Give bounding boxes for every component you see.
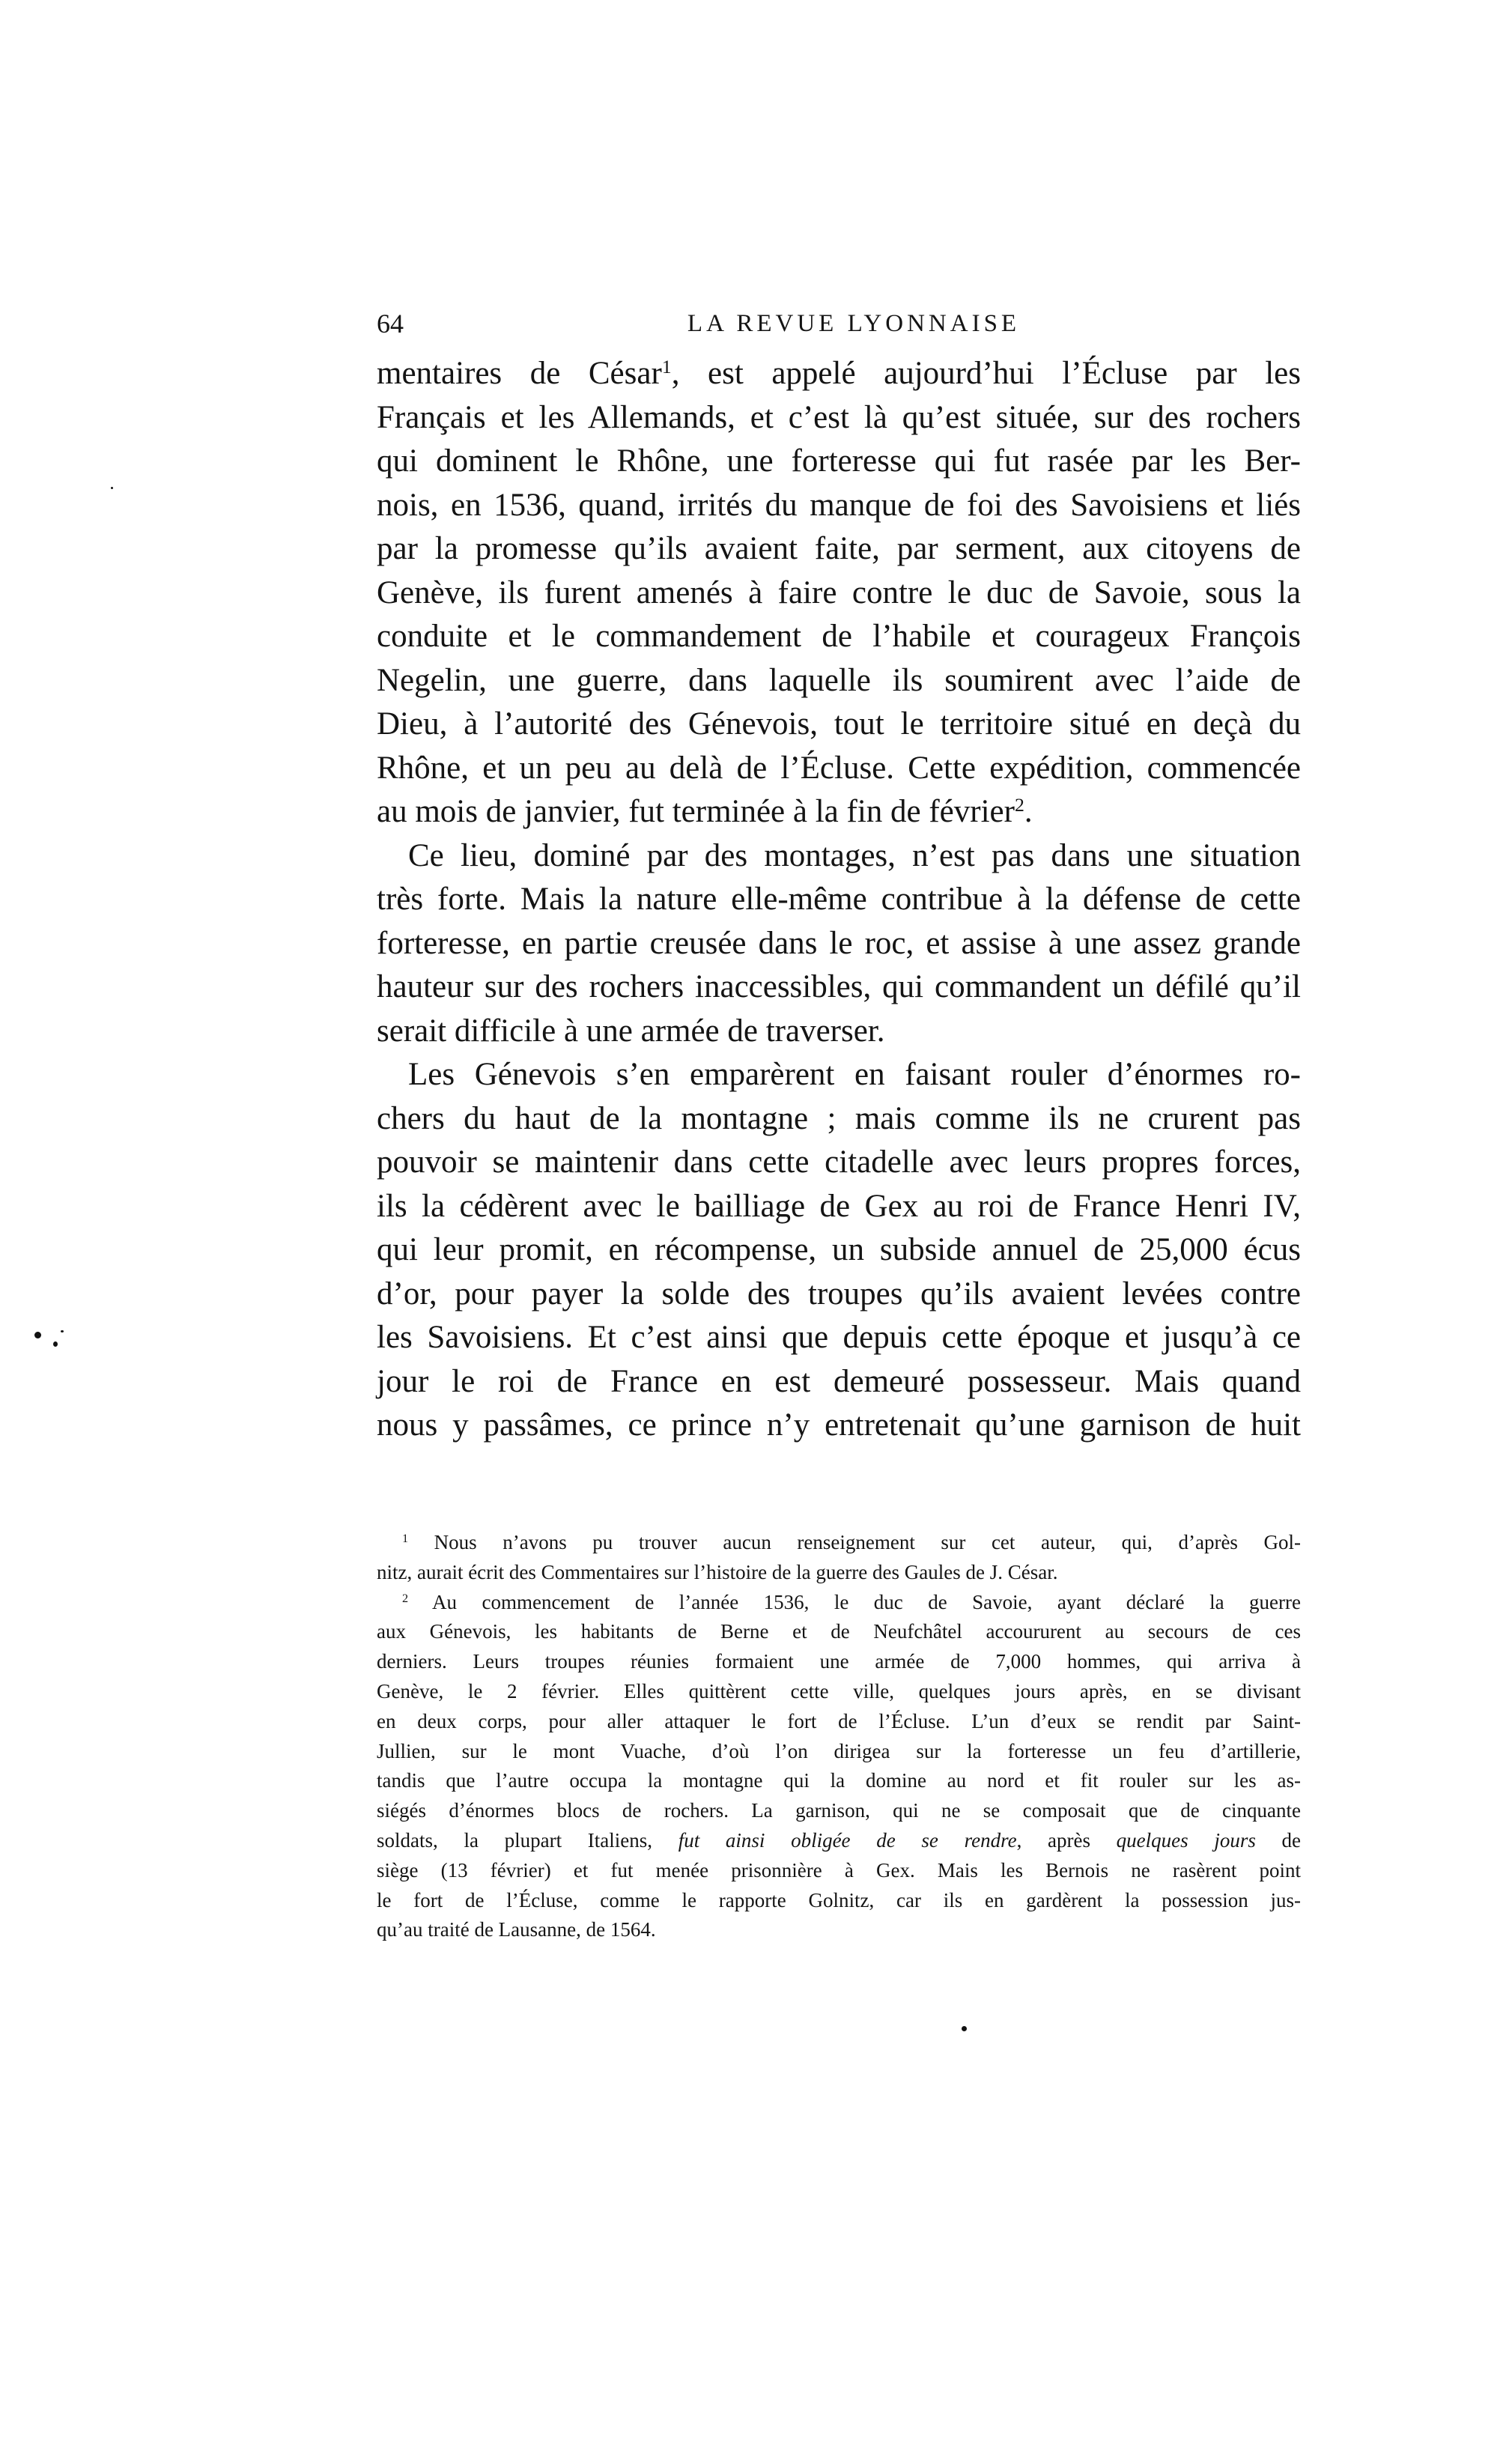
footnote-marker: 2 [402,1592,408,1605]
body-line: les Savoisiens. Et c’est ainsi que depui… [377,1316,1301,1360]
footnote-line: siège (13 février) et fut menée prisonni… [377,1856,1301,1886]
body-line: chers du haut de la montagne ; mais comm… [377,1097,1301,1141]
body-line: par la promesse qu’ils avaient faite, pa… [377,527,1301,571]
body-line: mentaires de César1, est appelé aujourd’… [377,352,1301,396]
footnote-line: Jullien, sur le mont Vuache, d’où l’on d… [377,1737,1301,1767]
body-line: conduite et le commandement de l’habile … [377,615,1301,659]
footnote-marker: 1 [402,1532,408,1545]
scan-speck [111,487,113,489]
body-line: forteresse, en partie creusée dans le ro… [377,922,1301,966]
footnote-ref-2: 2 [1015,794,1024,816]
body-line: hauteur sur des rochers inaccessibles, q… [377,965,1301,1010]
scan-speck [962,2026,967,2031]
body-line: très forte. Mais la nature elle-même con… [377,878,1301,922]
footnote-line: nitz, aurait écrit des Commentaires sur … [377,1558,1301,1588]
body-line: au mois de janvier, fut terminée à la fi… [377,790,1301,834]
scan-speck [61,1330,64,1332]
scanned-page: 64 LA REVUE LYONNAISE mentaires de César… [0,0,1512,2450]
body-line: Dieu, à l’autorité des Génevois, tout le… [377,703,1301,747]
footnote-line: aux Génevois, les habitants de Berne et … [377,1617,1301,1647]
footnote-line: derniers. Leurs troupes réunies formaien… [377,1647,1301,1677]
running-head: 64 LA REVUE LYONNAISE [377,307,1301,340]
footnote-line: qu’au traité de Lausanne, de 1564. [377,1915,1301,1945]
footnote-ref-1: 1 [662,356,672,377]
footnote-line: le fort de l’Écluse, comme le rapporte G… [377,1886,1301,1916]
body-line: qui leur promit, en récompense, un subsi… [377,1228,1301,1273]
footnote-line: Genève, le 2 février. Elles quittèrent c… [377,1677,1301,1707]
body-line: pouvoir se maintenir dans cette citadell… [377,1141,1301,1185]
body-line: Negelin, une guerre, dans laquelle ils s… [377,659,1301,703]
scan-speck [53,1341,58,1347]
paragraph-start: Ce lieu, dominé par des montages, n’est … [377,834,1301,879]
running-title: LA REVUE LYONNAISE [377,307,1301,340]
body-line: Français et les Allemands, et c’est là q… [377,396,1301,440]
footnote-line: en deux corps, pour aller attaquer le fo… [377,1707,1301,1737]
body-line: serait difficile à une armée de traverse… [377,1010,1301,1054]
paragraph-start: Les Génevois s’en emparèrent en faisant … [377,1053,1301,1097]
body-line: qui dominent le Rhône, une forteresse qu… [377,440,1301,484]
body-line: Genève, ils furent amenés à faire contre… [377,571,1301,616]
footnote-line: tandis que l’autre occupa la montagne qu… [377,1766,1301,1796]
footnote-2: 2 Au commencement de l’année 1536, le du… [377,1588,1301,1618]
footnotes: 1 Nous n’avons pu trouver aucun renseign… [377,1528,1301,1945]
body-line: ils la cédèrent avec le bailliage de Gex… [377,1185,1301,1229]
footnote-line: siégés d’énormes blocs de rochers. La ga… [377,1796,1301,1826]
body-line: d’or, pour payer la solde des troupes qu… [377,1273,1301,1317]
body-line: nois, en 1536, quand, irrités du manque … [377,484,1301,528]
body-line: Rhône, et un peu au delà de l’Écluse. Ce… [377,747,1301,791]
body-line: nous y passâmes, ce prince n’y entretena… [377,1404,1301,1448]
scan-speck [34,1332,41,1338]
body-line: jour le roi de France en est demeuré pos… [377,1360,1301,1404]
footnote-1: 1 Nous n’avons pu trouver aucun renseign… [377,1528,1301,1558]
body-text: mentaires de César1, est appelé aujourd’… [377,352,1301,1448]
footnote-line: soldats, la plupart Italiens, fut ainsi … [377,1826,1301,1856]
